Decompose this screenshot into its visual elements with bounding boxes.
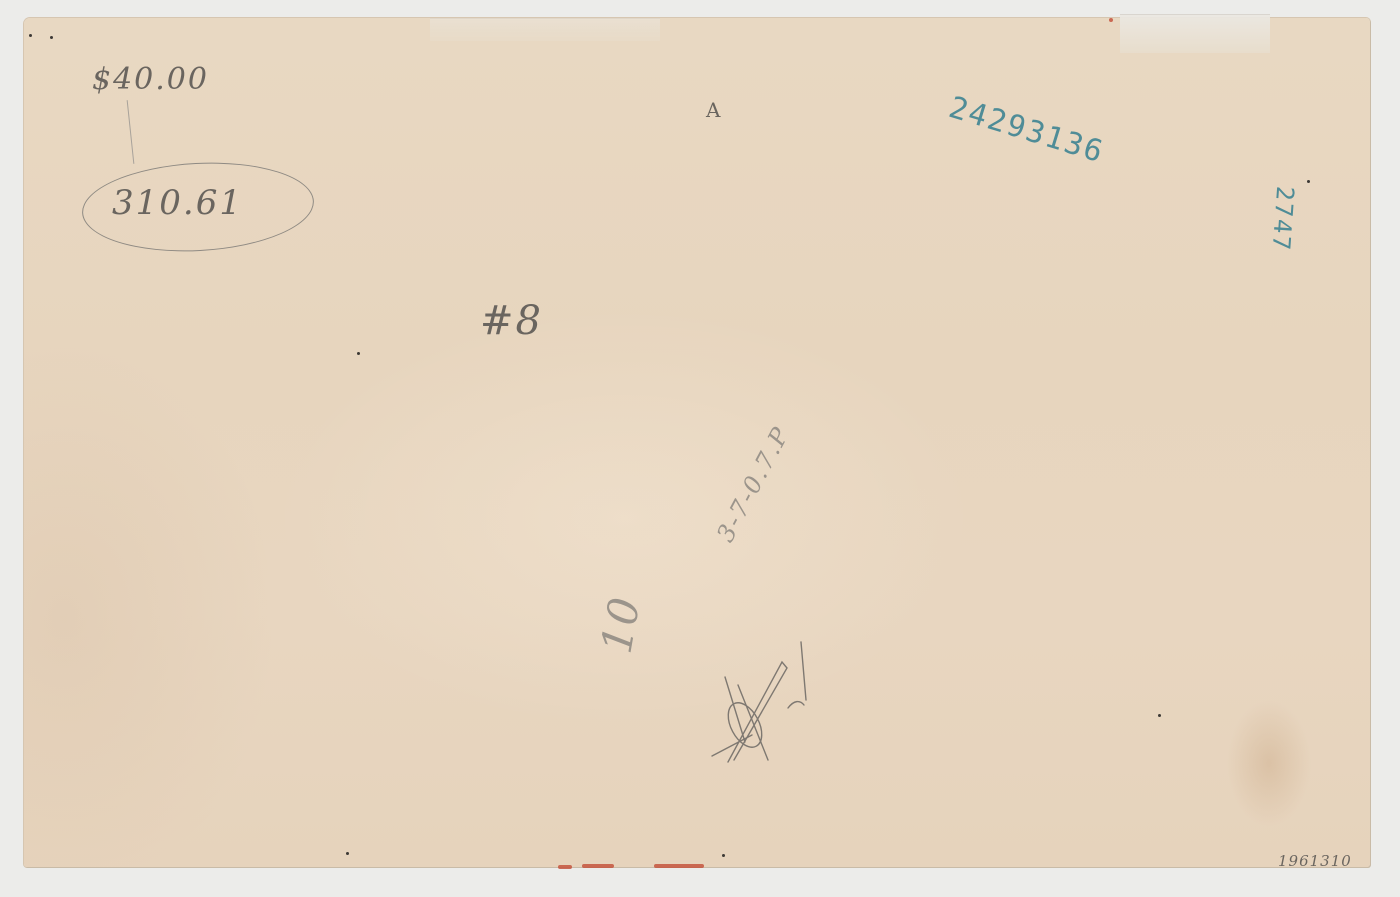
speck (722, 854, 725, 857)
speck (1307, 180, 1310, 183)
speck (50, 36, 53, 39)
speck (29, 34, 32, 37)
speck (357, 352, 360, 355)
pencil-scribble (0, 0, 1400, 897)
accession-number: 1961310 (1278, 852, 1352, 870)
speck (1158, 714, 1161, 717)
speck (346, 852, 349, 855)
